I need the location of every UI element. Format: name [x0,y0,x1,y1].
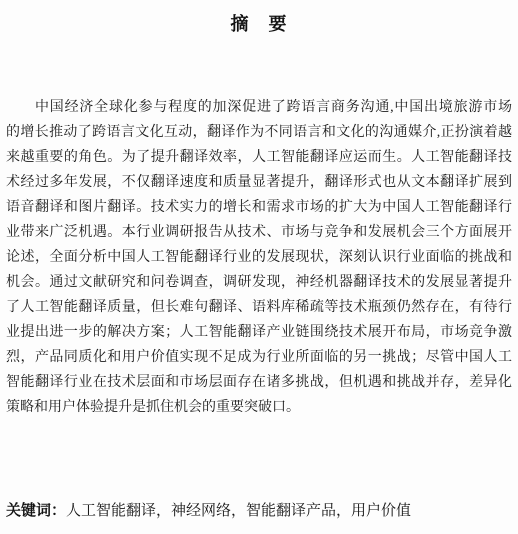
abstract-line: 了人工智能翻译质量，但长难句翻译、语料库稀疏等技术瓶颈仍然存在，有待行 [6,295,512,320]
abstract-line: 策略和用户体验提升是抓住机会的重要突破口。 [6,395,512,420]
abstract-line: 业带来广泛机遇。本行业调研报告从技术、市场与竞争和发展机会三个方面展开 [6,220,512,245]
abstract-line: 论述，全面分析中国人工智能翻译行业的发展现状，深刻认识行业面临的挑战和 [6,245,512,270]
abstract-line: 中国经济全球化参与程度的加深促进了跨语言商务沟通,中国出境旅游市场 [6,95,512,120]
abstract-body: 中国经济全球化参与程度的加深促进了跨语言商务沟通,中国出境旅游市场的增长推动了跨… [0,95,518,420]
page-title: 摘 要 [0,0,518,35]
keywords-row: 关键词：人工智能翻译，神经网络，智能翻译产品，用户价值 [6,500,512,522]
abstract-line: 烈，产品同质化和用户价值实现不足成为行业所面临的另一挑战；尽管中国人工 [6,345,512,370]
abstract-line: 的增长推动了跨语言文化互动，翻译作为不同语言和文化的沟通媒介,正扮演着越 [6,120,512,145]
keywords-value: 人工智能翻译，神经网络，智能翻译产品，用户价值 [66,503,411,519]
abstract-line: 来越重要的角色。为了提升翻译效率，人工智能翻译应运而生。人工智能翻译技 [6,145,512,170]
abstract-line: 业提出进一步的解决方案；人工智能翻译产业链围绕技术展开布局，市场竞争激 [6,320,512,345]
abstract-page: 摘 要 中国经济全球化参与程度的加深促进了跨语言商务沟通,中国出境旅游市场的增长… [0,0,518,534]
keywords-label: 关键词： [6,503,66,519]
abstract-line: 智能翻译行业在技术层面和市场层面存在诸多挑战，但机遇和挑战并存，差异化 [6,370,512,395]
abstract-line: 术经过多年发展，不仅翻译速度和质量显著提升，翻译形式也从文本翻译扩展到 [6,170,512,195]
abstract-line: 机会。通过文献研究和问卷调查，调研发现，神经机器翻译技术的发展显著提升 [6,270,512,295]
abstract-line: 语音翻译和图片翻译。技术实力的增长和需求市场的扩大为中国人工智能翻译行 [6,195,512,220]
